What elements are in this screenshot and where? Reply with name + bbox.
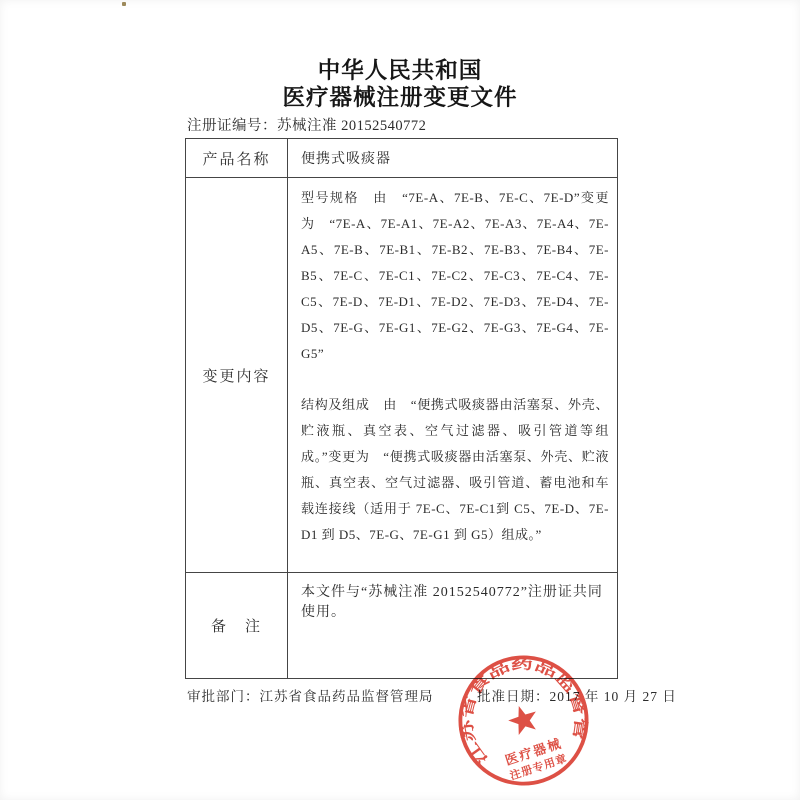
title-line-2: 医疗器械注册变更文件 [0,84,800,111]
approval-date: 批准日期：2017 年 10 月 27 日 [477,685,677,705]
approval-department: 审批部门：江苏省食品药品监督管理局 [187,685,434,705]
row-label-change-content: 变更内容 [186,178,288,573]
row-label-product-name: 产品名称 [186,139,288,178]
row-label-remark: 备 注 [186,573,288,679]
document-page: 中华人民共和国 医疗器械注册变更文件 注册证编号：苏械注准 2015254077… [0,0,800,800]
registration-number: 注册证编号：苏械注准 20152540772 [187,114,426,135]
change-content-body: 型号规格 由 “7E-A、7E-B、7E-C、7E-D”变更为 “7E-A、7E… [301,185,609,566]
document-table: 产品名称 便携式吸痰器 变更内容 型号规格 由 “7E-A、7E-B、7E-C、… [185,138,618,679]
row-content-remark: 本文件与“苏械注准 20152540772”注册证共同使用。 [288,573,618,679]
title-line-1: 中华人民共和国 [0,57,800,84]
table-row-remark: 备 注 本文件与“苏械注准 20152540772”注册证共同使用。 [186,573,618,679]
table-row-product-name: 产品名称 便携式吸痰器 [186,139,618,178]
seal-star-icon [505,701,541,736]
registration-number-value: 苏械注准 20152540772 [277,118,426,134]
document-title: 中华人民共和国 医疗器械注册变更文件 [0,57,800,111]
scan-speck [122,2,126,6]
seal-inner-line-1: 医疗器械 [503,735,564,768]
row-content-change-content: 型号规格 由 “7E-A、7E-B、7E-C、7E-D”变更为 “7E-A、7E… [288,178,618,573]
table-row-change-content: 变更内容 型号规格 由 “7E-A、7E-B、7E-C、7E-D”变更为 “7E… [186,178,618,573]
structure-paragraph: 结构及组成 由 “便携式吸痰器由活塞泵、外壳、贮液瓶、真空表、空气过滤器、吸引管… [301,392,609,548]
model-spec-paragraph: 型号规格 由 “7E-A、7E-B、7E-C、7E-D”变更为 “7E-A、7E… [301,185,609,367]
row-content-product-name: 便携式吸痰器 [288,139,618,178]
seal-inner-line-2: 注册专用章 [508,751,569,783]
registration-number-label: 注册证编号： [187,118,277,134]
